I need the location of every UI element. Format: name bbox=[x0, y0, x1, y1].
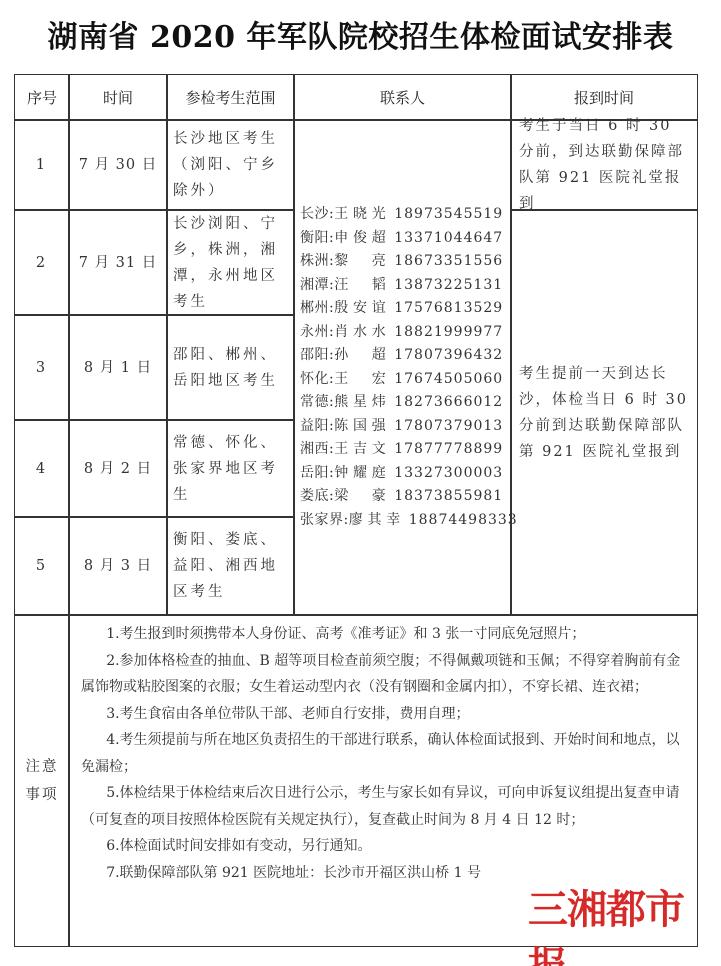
notes-label: 注意事项 bbox=[14, 614, 70, 947]
phone-number: 18273666012 bbox=[394, 391, 503, 415]
contact-item: 娄底:梁豪18373855981 bbox=[300, 485, 518, 509]
phone-number: 18373855981 bbox=[394, 485, 503, 509]
contact-list: 长沙:王晓光18973545519 衡阳:申俊超13371044647 株洲:黎… bbox=[293, 119, 512, 616]
phone-number: 18673351556 bbox=[394, 250, 503, 274]
contact-rows: 长沙:王晓光18973545519 衡阳:申俊超13371044647 株洲:黎… bbox=[300, 203, 518, 532]
contact-item: 怀化:王宏17674505060 bbox=[300, 368, 518, 392]
header-date: 时间 bbox=[68, 74, 168, 121]
phone-number: 18874498333 bbox=[409, 509, 518, 533]
phone-number: 18973545519 bbox=[394, 203, 503, 227]
header-scope: 参检考生范围 bbox=[166, 74, 295, 121]
row-3-no: 3 bbox=[14, 314, 70, 421]
contact-item: 长沙:王晓光18973545519 bbox=[300, 203, 518, 227]
row-2-no: 2 bbox=[14, 209, 70, 316]
row-3-scope: 邵阳、郴州、岳阳地区考生 bbox=[166, 314, 295, 421]
header-contact: 联系人 bbox=[293, 74, 512, 121]
row-3-date: 8 月 1 日 bbox=[68, 314, 168, 421]
row-1-scope: 长沙地区考生（浏阳、宁乡除外） bbox=[166, 119, 295, 211]
contact-item: 衡阳:申俊超13371044647 bbox=[300, 227, 518, 251]
row-2-scope: 长沙浏阳、宁乡，株洲，湘潭，永州地区考生 bbox=[166, 209, 295, 316]
row-1-no: 1 bbox=[14, 119, 70, 211]
phone-number: 13327300003 bbox=[394, 462, 503, 486]
report-time-rows-2-5: 考生提前一天到达长沙，体检当日 6 时 30 分前到达联勤保障部队第 921 医… bbox=[510, 209, 698, 616]
newspaper-watermark-logo: 三湘都市报 bbox=[528, 912, 721, 958]
note-item: 6.体检面试时间安排如有变动，另行通知。 bbox=[81, 833, 691, 860]
note-item: 5.体检结果于体检结束后次日进行公示，考生与家长如有异议，可向申诉复议组提出复查… bbox=[81, 780, 691, 833]
header-no: 序号 bbox=[14, 74, 70, 121]
note-item: 3.考生食宿由各单位带队干部、老师自行安排，费用自理； bbox=[81, 701, 691, 728]
phone-number: 13873225131 bbox=[394, 274, 503, 298]
row-4-no: 4 bbox=[14, 419, 70, 518]
phone-number: 17576813529 bbox=[394, 297, 503, 321]
row-4-date: 8 月 2 日 bbox=[68, 419, 168, 518]
phone-number: 13371044647 bbox=[394, 227, 503, 251]
note-item: 1.考生报到时须携带本人身份证、高考《准考证》和 3 张一寸同底免冠照片； bbox=[81, 621, 691, 648]
report-time-row-1: 考生于当日 6 时 30 分前，到达联勤保障部队第 921 医院礼堂报到 bbox=[510, 119, 698, 211]
contact-item: 益阳:陈国强17807379013 bbox=[300, 415, 518, 439]
contact-item: 株洲:黎亮18673351556 bbox=[300, 250, 518, 274]
phone-number: 17807396432 bbox=[394, 344, 503, 368]
row-2-date: 7 月 31 日 bbox=[68, 209, 168, 316]
phone-number: 17877778899 bbox=[394, 438, 503, 462]
row-1-date: 7 月 30 日 bbox=[68, 119, 168, 211]
row-5-date: 8 月 3 日 bbox=[68, 516, 168, 616]
contact-item: 岳阳:钟耀庭13327300003 bbox=[300, 462, 518, 486]
note-item: 4.考生须提前与所在地区负责招生的干部进行联系，确认体检面试报到、开始时间和地点… bbox=[81, 727, 691, 780]
contact-item: 郴州:殷安谊17576813529 bbox=[300, 297, 518, 321]
contact-item: 湘西:王吉文17877778899 bbox=[300, 438, 518, 462]
contact-item: 永州:肖水水18821999977 bbox=[300, 321, 518, 345]
contact-item: 张家界:廖其幸18874498333 bbox=[300, 509, 518, 533]
note-item: 2.参加体格检查的抽血、B 超等项目检查前须空腹；不得佩戴项链和玉佩；不得穿着胸… bbox=[81, 648, 691, 701]
contact-item: 邵阳:孙超17807396432 bbox=[300, 344, 518, 368]
row-5-no: 5 bbox=[14, 516, 70, 616]
contact-item: 常德:熊星炜18273666012 bbox=[300, 391, 518, 415]
row-5-scope: 衡阳、娄底、益阳、湘西地区考生 bbox=[166, 516, 295, 616]
row-4-scope: 常德、怀化、张家界地区考生 bbox=[166, 419, 295, 518]
document-title: 湖南省 2020 年军队院校招生体检面试安排表 bbox=[0, 12, 721, 56]
contact-item: 湘潭:汪韬13873225131 bbox=[300, 274, 518, 298]
phone-number: 17674505060 bbox=[394, 368, 503, 392]
phone-number: 18821999977 bbox=[394, 321, 503, 345]
phone-number: 17807379013 bbox=[394, 415, 503, 439]
